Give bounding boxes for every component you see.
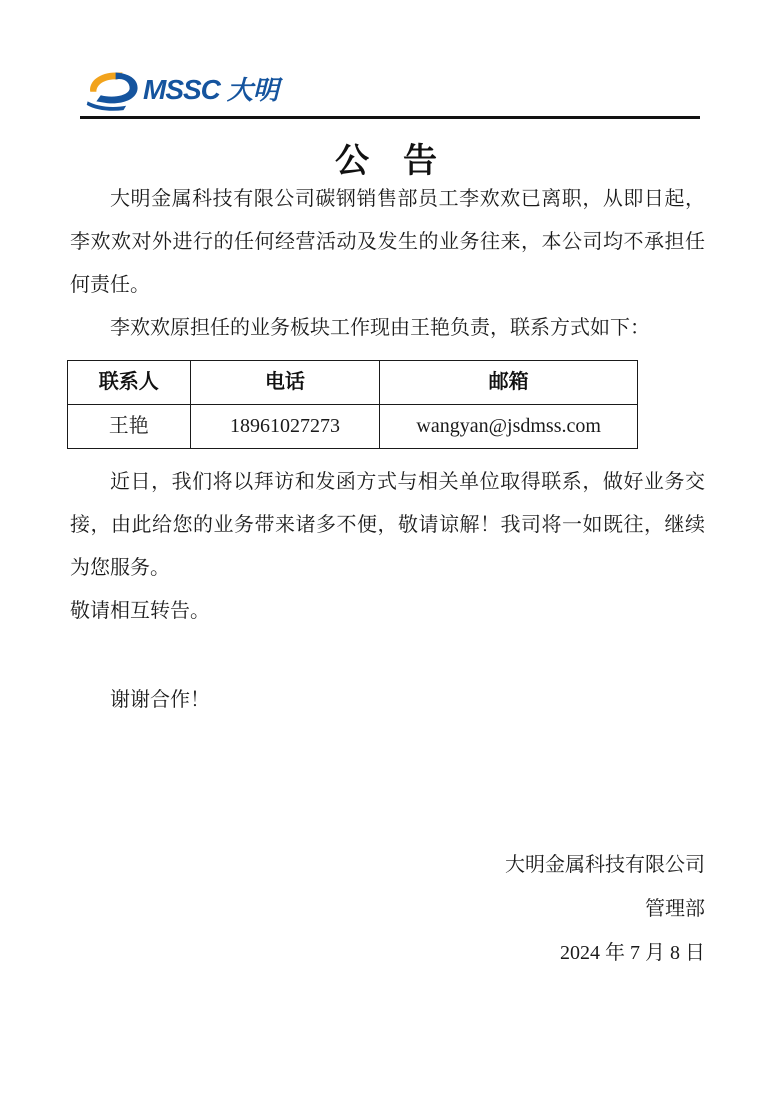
logo-d-icon [85,69,141,111]
paragraph-inform-each-other: 敬请相互转告。 [70,590,705,633]
page-title: 公 告 [0,133,772,182]
column-header-contact: 联系人 [68,361,191,405]
paragraph-successor-intro: 李欢欢原担任的业务板块工作现由王艳负责，联系方式如下： [70,307,705,350]
announcement-page: MSSC 大明 公 告 大明金属科技有限公司碳钢销售部员工李欢欢已离职，从即日起… [0,0,772,1103]
contact-email-cell: wangyan@jsdmss.com [380,405,638,449]
table-header-row: 联系人 电话 邮箱 [68,361,638,405]
column-header-email: 邮箱 [380,361,638,405]
signature-block: 大明金属科技有限公司 管理部 2024 年 7 月 8 日 [505,843,705,975]
logo-company-name: 大明 [227,77,279,103]
column-header-phone: 电话 [190,361,380,405]
header-divider [80,116,700,119]
signature-department: 管理部 [505,887,705,931]
contact-table: 联系人 电话 邮箱 王艳 18961027273 wangyan@jsdmss.… [67,360,638,449]
company-logo: MSSC 大明 [85,68,279,112]
signature-company: 大明金属科技有限公司 [505,843,705,887]
contact-name-cell: 王艳 [68,405,191,449]
contact-phone-cell: 18961027273 [190,405,380,449]
paragraph-transition-notice: 近日，我们将以拜访和发函方式与相关单位取得联系，做好业务交接，由此给您的业务带来… [70,461,705,590]
signature-date: 2024 年 7 月 8 日 [505,931,705,975]
document-body: 大明金属科技有限公司碳钢销售部员工李欢欢已离职，从即日起，李欢欢对外进行的任何经… [70,178,705,722]
paragraph-thanks: 谢谢合作！ [70,679,705,722]
table-row: 王艳 18961027273 wangyan@jsdmss.com [68,405,638,449]
paragraph-departure-notice: 大明金属科技有限公司碳钢销售部员工李欢欢已离职，从即日起，李欢欢对外进行的任何经… [70,178,705,307]
logo-wordmark: MSSC [143,76,220,104]
